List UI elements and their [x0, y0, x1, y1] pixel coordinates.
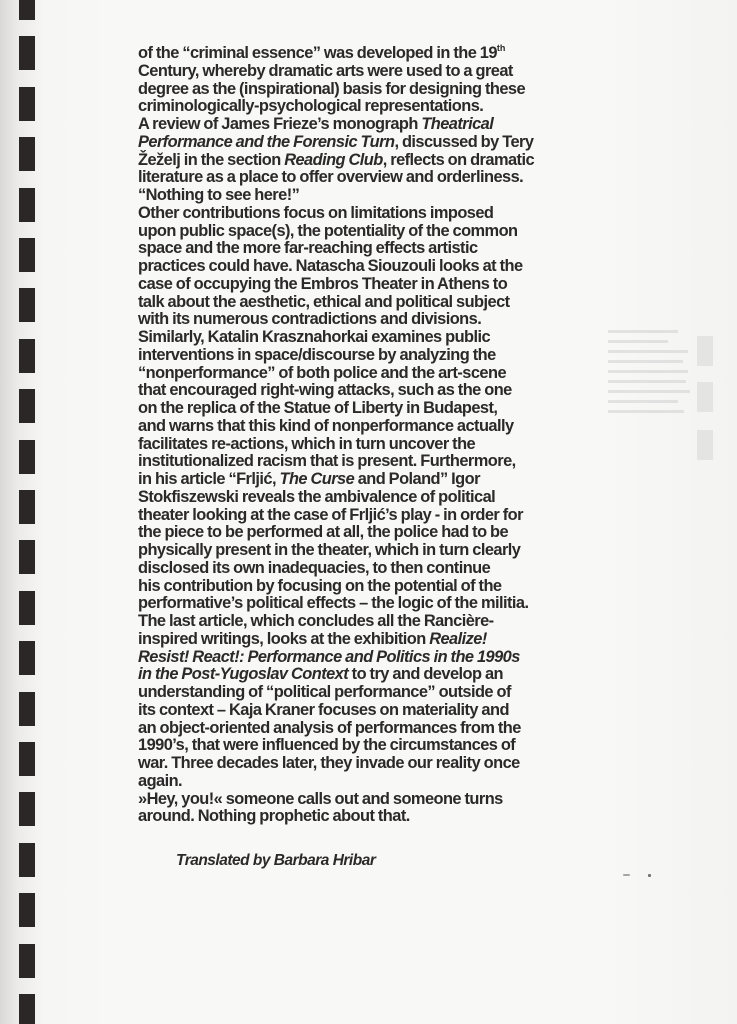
text-run: , reflects on dramatic	[383, 151, 534, 169]
text-run: institutionalized racism that is present…	[138, 452, 516, 470]
text-run: the piece to be performed at all, the po…	[138, 523, 508, 541]
text-run: and Poland” Igor	[354, 470, 480, 488]
text-run: interventions in space/discourse by anal…	[138, 346, 496, 364]
text-line: practices could have. Natascha Siouzouli…	[138, 258, 578, 276]
text-line: on the replica of the Statue of Liberty …	[138, 400, 578, 418]
text-run: “Nothing to see here!”	[138, 186, 299, 204]
text-run: criminologically-psychological represent…	[138, 97, 483, 115]
text-run: that encouraged right-wing attacks, such…	[138, 381, 512, 399]
text-line: upon public space(s), the potentiality o…	[138, 223, 578, 241]
binding-hole	[19, 339, 35, 373]
text-run: and warns that this kind of nonperforman…	[138, 417, 514, 435]
text-line: disclosed its own inadequacies, to then …	[138, 560, 578, 578]
text-run: physically present in the theater, which…	[138, 541, 520, 559]
text-line: an object-oriented analysis of performan…	[138, 720, 578, 738]
show-through-mark	[697, 430, 713, 460]
text-run: »Hey, you!« someone calls out and someon…	[138, 790, 503, 808]
text-line: »Hey, you!« someone calls out and someon…	[138, 791, 578, 809]
text-run: The last article, which concludes all th…	[138, 612, 494, 630]
text-line: case of occupying the Embros Theater in …	[138, 276, 578, 294]
text-line: Resist! React!: Performance and Politics…	[138, 649, 578, 667]
text-line: in the Post-Yugoslav Context to try and …	[138, 666, 578, 684]
text-run: space and the more far-reaching effects …	[138, 239, 478, 257]
text-run: theater looking at the case of Frljić’s …	[138, 506, 523, 524]
text-run: A review of James Frieze’s monograph	[138, 115, 421, 133]
text-line: degree as the (inspirational) basis for …	[138, 81, 578, 99]
text-run: his contribution by focusing on the pote…	[138, 577, 501, 595]
italic-title: Theatrical	[421, 115, 493, 133]
text-line: of the “criminal essence” was developed …	[138, 45, 578, 63]
show-through-mark	[697, 336, 713, 366]
text-line: theater looking at the case of Frljić’s …	[138, 507, 578, 525]
text-line: literature as a place to offer overview …	[138, 169, 578, 187]
italic-title: Realize!	[429, 630, 487, 648]
italic-title: Resist! React!: Performance and Politics…	[138, 648, 520, 666]
text-run: on the replica of the Statue of Liberty …	[138, 399, 497, 417]
text-line: Century, whereby dramatic arts were used…	[138, 63, 578, 81]
text-line: performative’s political effects – the l…	[138, 595, 578, 613]
spiral-binding-holes	[19, 0, 35, 1024]
text-line: the piece to be performed at all, the po…	[138, 524, 578, 542]
text-run: its context – Kaja Kraner focuses on mat…	[138, 701, 509, 719]
binding-hole	[19, 87, 35, 121]
text-run: again.	[138, 772, 182, 790]
text-line: Žeželj in the section Reading Club, refl…	[138, 152, 578, 170]
text-run: in his article “Frljić,	[138, 470, 279, 488]
binding-hole	[19, 238, 35, 272]
text-line: A review of James Frieze’s monograph The…	[138, 116, 578, 134]
translator-credit: Translated by Barbara Hribar	[176, 852, 375, 870]
text-line: inspired writings, looks at the exhibiti…	[138, 631, 578, 649]
text-run: of the “criminal essence” was developed …	[138, 44, 497, 62]
show-through-mark	[697, 382, 713, 412]
binding-hole	[19, 137, 35, 171]
text-line: The last article, which concludes all th…	[138, 613, 578, 631]
text-run: Žeželj in the section	[138, 151, 284, 169]
text-line: facilitates re-actions, which in turn un…	[138, 436, 578, 454]
text-run: Similarly, Katalin Krasznahorkai examine…	[138, 328, 490, 346]
text-run: upon public space(s), the potentiality o…	[138, 222, 518, 240]
superscript: th	[497, 43, 506, 53]
binding-hole	[19, 540, 35, 574]
binding-hole	[19, 692, 35, 726]
italic-title: Reading Club	[284, 151, 383, 169]
text-run: talk about the aesthetic, ethical and po…	[138, 293, 510, 311]
binding-hole	[19, 0, 35, 20]
text-line: understanding of “political performance”…	[138, 684, 578, 702]
text-line: his contribution by focusing on the pote…	[138, 578, 578, 596]
text-line: around. Nothing prophetic about that.	[138, 808, 578, 826]
binding-hole	[19, 641, 35, 675]
text-run: Century, whereby dramatic arts were used…	[138, 62, 513, 80]
text-line: Performance and the Forensic Turn, discu…	[138, 134, 578, 152]
binding-hole	[19, 742, 35, 776]
binding-hole	[19, 792, 35, 826]
binding-hole	[19, 188, 35, 222]
text-run: with its numerous contradictions and div…	[138, 310, 481, 328]
binding-hole	[19, 36, 35, 70]
binding-hole	[19, 843, 35, 877]
text-run: disclosed its own inadequacies, to then …	[138, 559, 490, 577]
text-line: institutionalized racism that is present…	[138, 453, 578, 471]
text-run: Stokfiszewski reveals the ambivalence of…	[138, 488, 495, 506]
text-line: interventions in space/discourse by anal…	[138, 347, 578, 365]
text-run: Other contributions focus on limitations…	[138, 204, 493, 222]
text-run: performative’s political effects – the l…	[138, 594, 528, 612]
binding-hole	[19, 490, 35, 524]
text-run: war. Three decades later, they invade ou…	[138, 754, 520, 772]
text-run: inspired writings, looks at the exhibiti…	[138, 630, 429, 648]
text-line: and warns that this kind of nonperforman…	[138, 418, 578, 436]
text-line: “nonperformance” of both police and the …	[138, 365, 578, 383]
text-line: with its numerous contradictions and div…	[138, 311, 578, 329]
binding-hole	[19, 591, 35, 625]
text-run: understanding of “political performance”…	[138, 683, 511, 701]
binding-hole	[19, 994, 35, 1024]
text-line: talk about the aesthetic, ethical and po…	[138, 294, 578, 312]
text-run: to try and develop an	[348, 665, 503, 683]
text-line: 1990’s, that were influenced by the circ…	[138, 737, 578, 755]
italic-title: Performance and the Forensic Turn	[138, 133, 394, 151]
italic-title: The Curse	[279, 470, 354, 488]
text-line: that encouraged right-wing attacks, such…	[138, 382, 578, 400]
text-line: war. Three decades later, they invade ou…	[138, 755, 578, 773]
show-through-text	[608, 330, 737, 450]
binding-hole	[19, 288, 35, 322]
binding-hole	[19, 389, 35, 423]
italic-title: in the Post-Yugoslav Context	[138, 665, 348, 683]
text-run: around. Nothing prophetic about that.	[138, 807, 410, 825]
text-line: space and the more far-reaching effects …	[138, 240, 578, 258]
text-run: , discussed by Tery	[394, 133, 533, 151]
text-run: 1990’s, that were influenced by the circ…	[138, 736, 515, 754]
text-run: “nonperformance” of both police and the …	[138, 364, 506, 382]
text-line: Stokfiszewski reveals the ambivalence of…	[138, 489, 578, 507]
text-line: its context – Kaja Kraner focuses on mat…	[138, 702, 578, 720]
text-line: criminologically-psychological represent…	[138, 98, 578, 116]
text-line: Similarly, Katalin Krasznahorkai examine…	[138, 329, 578, 347]
body-text: of the “criminal essence” was developed …	[138, 45, 578, 826]
text-line: Other contributions focus on limitations…	[138, 205, 578, 223]
text-line: in his article “Frljić, The Curse and Po…	[138, 471, 578, 489]
text-run: degree as the (inspirational) basis for …	[138, 80, 525, 98]
binding-hole	[19, 440, 35, 474]
binding-hole	[19, 944, 35, 978]
text-line: again.	[138, 773, 578, 791]
binding-hole	[19, 893, 35, 927]
text-run: literature as a place to offer overview …	[138, 168, 523, 186]
text-line: “Nothing to see here!”	[138, 187, 578, 205]
text-run: case of occupying the Embros Theater in …	[138, 275, 507, 293]
text-line: physically present in the theater, which…	[138, 542, 578, 560]
text-run: an object-oriented analysis of performan…	[138, 719, 521, 737]
text-run: facilitates re-actions, which in turn un…	[138, 435, 475, 453]
text-run: practices could have. Natascha Siouzouli…	[138, 257, 523, 275]
